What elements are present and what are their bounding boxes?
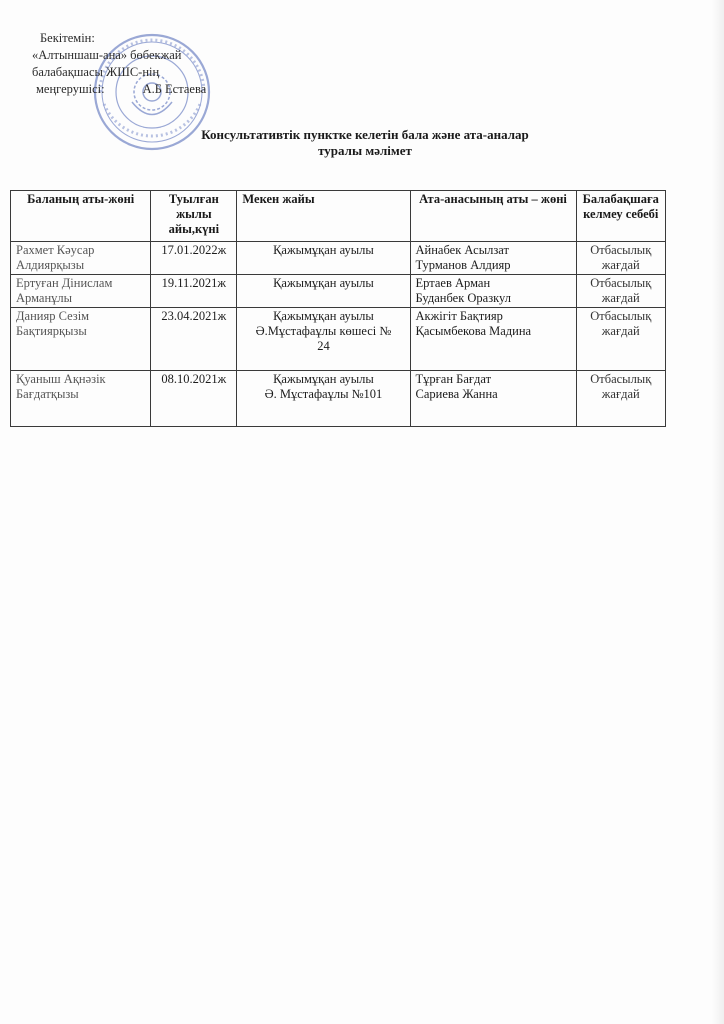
table-body: Рахмет КәусарАлдиярқызы17.01.2022жҚажымұ…	[11, 242, 666, 427]
child-name-cell-line: Арманұлы	[16, 291, 145, 306]
birth-date-cell: 23.04.2021ж	[151, 308, 237, 371]
child-name-cell: Қуаныш АқнәзікБағдатқызы	[11, 371, 151, 427]
parents-cell: Тұрған БағдатСариева Жанна	[410, 371, 576, 427]
parents-cell-line: Қасымбекова Мадина	[416, 324, 571, 339]
address-cell-line: Қажымұқан ауылы	[242, 309, 404, 324]
address-cell-line: Қажымұқан ауылы	[242, 372, 404, 387]
reason-cell-line: Отбасылық	[582, 276, 661, 291]
parents-cell-line: Акжігіт Бақтияр	[416, 309, 571, 324]
child-name-cell-line: Қуаныш Ақнәзік	[16, 372, 145, 387]
child-name-cell: Рахмет КәусарАлдиярқызы	[11, 242, 151, 275]
reason-cell: Отбасылықжағдай	[576, 371, 666, 427]
address-cell-line: Қажымұқан ауылы	[242, 276, 404, 291]
reason-cell-line: жағдай	[582, 291, 661, 306]
reason-cell-line: Отбасылық	[582, 243, 661, 258]
child-name-cell-line: Бақтиярқызы	[16, 324, 145, 339]
address-cell-line: Қажымұқан ауылы	[242, 243, 404, 258]
page-edge-shadow	[712, 0, 724, 1024]
children-info-table: Баланың аты-жөні Туылған жылы айы,күні М…	[10, 190, 666, 427]
approval-heading: Бекітемін:	[32, 30, 206, 47]
address-cell: Қажымұқан ауылыӘ.Мұстафаұлы көшесі №24	[237, 308, 410, 371]
reason-cell-line: Отбасылық	[582, 372, 661, 387]
birth-date-cell: 17.01.2022ж	[151, 242, 237, 275]
reason-cell: Отбасылықжағдай	[576, 308, 666, 371]
address-cell-line: 24	[242, 339, 404, 354]
address-cell: Қажымұқан ауылы	[237, 275, 410, 308]
title-line-1: Консультативтік пунктке келетін бала жән…	[150, 127, 580, 143]
parents-cell-line: Турманов Алдияр	[416, 258, 571, 273]
parents-cell: Акжігіт БақтиярҚасымбекова Мадина	[410, 308, 576, 371]
address-cell: Қажымұқан ауылыӘ. Мұстафаұлы №101	[237, 371, 410, 427]
table-row: Қуаныш АқнәзікБағдатқызы08.10.2021жҚажым…	[11, 371, 666, 427]
approval-block: Бекітемін: «Алтыншаш-ана» бөбекжай балаб…	[32, 30, 206, 98]
header-reason: Балабақшаға келмеу себебі	[576, 191, 666, 242]
approval-org-line: балабақшасы ЖШС-нің	[32, 64, 206, 81]
approval-position-line: меңгерушісі:А.Б Естаева	[32, 81, 206, 98]
header-address: Мекен жайы	[237, 191, 410, 242]
signatory-name: А.Б Естаева	[143, 82, 207, 96]
parents-cell-line: Буданбек Оразкул	[416, 291, 571, 306]
table-row: Данияр СезімБақтиярқызы23.04.2021жҚажымұ…	[11, 308, 666, 371]
header-parents: Ата-анасының аты – жөні	[410, 191, 576, 242]
header-birth-date: Туылған жылы айы,күні	[151, 191, 237, 242]
document-title: Консультативтік пунктке келетін бала жән…	[150, 127, 580, 159]
table-header-row: Баланың аты-жөні Туылған жылы айы,күні М…	[11, 191, 666, 242]
child-name-cell-line: Ертуған Дінислам	[16, 276, 145, 291]
parents-cell-line: Ертаев Арман	[416, 276, 571, 291]
child-name-cell: Данияр СезімБақтиярқызы	[11, 308, 151, 371]
reason-cell-line: жағдай	[582, 258, 661, 273]
parents-cell-line: Айнабек Асылзат	[416, 243, 571, 258]
address-cell-line: Ә. Мұстафаұлы №101	[242, 387, 404, 402]
header-child-name: Баланың аты-жөні	[11, 191, 151, 242]
parents-cell: Ертаев АрманБуданбек Оразкул	[410, 275, 576, 308]
reason-cell-line: жағдай	[582, 324, 661, 339]
parents-cell-line: Тұрған Бағдат	[416, 372, 571, 387]
child-name-cell-line: Бағдатқызы	[16, 387, 145, 402]
reason-cell-line: Отбасылық	[582, 309, 661, 324]
table-row: Ертуған ДінисламАрманұлы19.11.2021жҚажым…	[11, 275, 666, 308]
child-name-cell-line: Рахмет Кәусар	[16, 243, 145, 258]
address-cell: Қажымұқан ауылы	[237, 242, 410, 275]
child-name-cell-line: Данияр Сезім	[16, 309, 145, 324]
child-name-cell: Ертуған ДінисламАрманұлы	[11, 275, 151, 308]
address-cell-line: Ә.Мұстафаұлы көшесі №	[242, 324, 404, 339]
parents-cell-line: Сариева Жанна	[416, 387, 571, 402]
approval-org-line: «Алтыншаш-ана» бөбекжай	[32, 47, 206, 64]
parents-cell: Айнабек АсылзатТурманов Алдияр	[410, 242, 576, 275]
approval-position: меңгерушісі:	[36, 82, 105, 96]
reason-cell-line: жағдай	[582, 387, 661, 402]
child-name-cell-line: Алдиярқызы	[16, 258, 145, 273]
table-row: Рахмет КәусарАлдиярқызы17.01.2022жҚажымұ…	[11, 242, 666, 275]
title-line-2: туралы мәлімет	[150, 143, 580, 159]
birth-date-cell: 08.10.2021ж	[151, 371, 237, 427]
birth-date-cell: 19.11.2021ж	[151, 275, 237, 308]
reason-cell: Отбасылықжағдай	[576, 242, 666, 275]
reason-cell: Отбасылықжағдай	[576, 275, 666, 308]
bleed-through-text	[230, 450, 610, 510]
